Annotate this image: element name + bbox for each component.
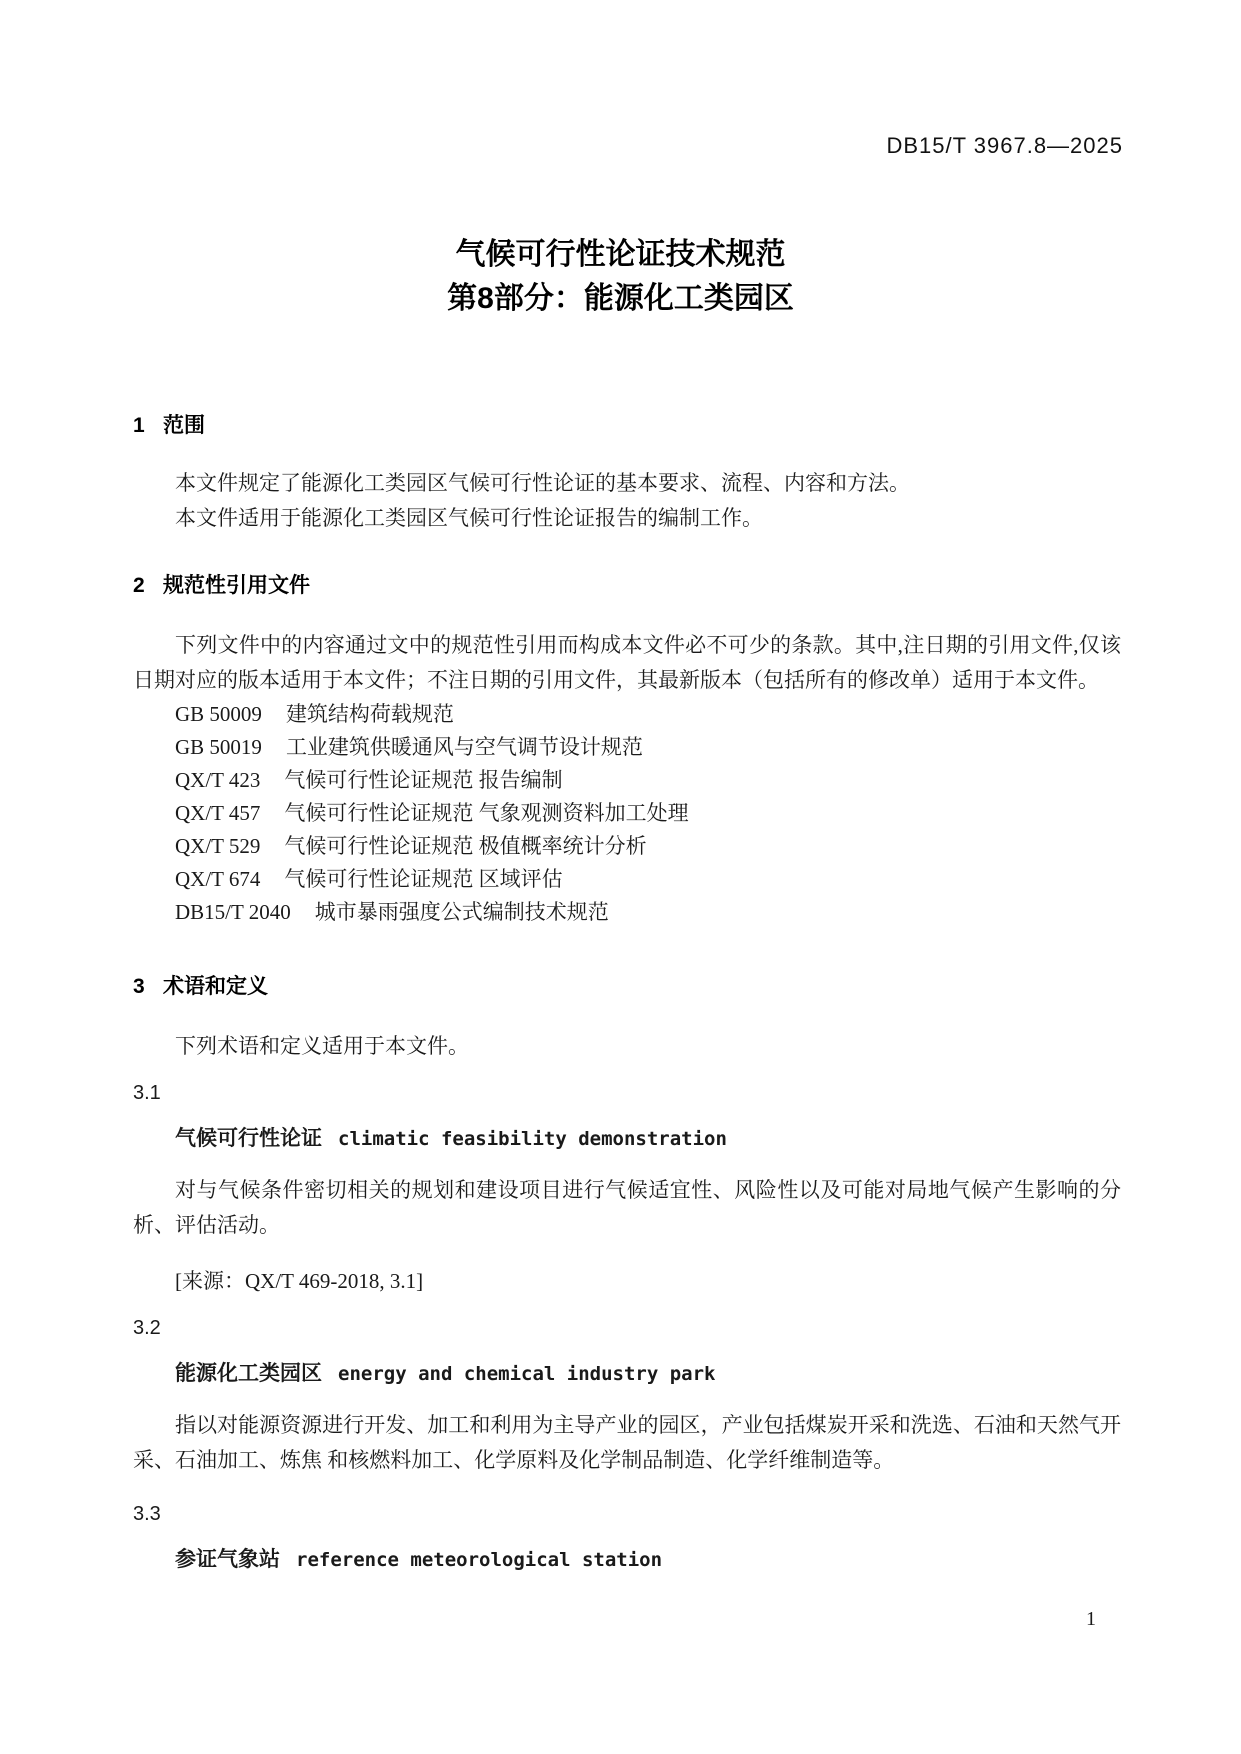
term-definition: 对与气候条件密切相关的规划和建设项目进行气候适宜性、风险性以及可能对局地气候产生…	[133, 1173, 1121, 1243]
reference-item: QX/T 457气候可行性论证规范 气象观测资料加工处理	[133, 797, 1121, 830]
term-entry-3-3: 3.3 参证气象站reference meteorological statio…	[133, 1499, 1121, 1578]
document-title: 气候可行性论证技术规范 第8部分：能源化工类园区	[0, 233, 1241, 321]
section-2-intro-paragraph: 下列文件中的内容通过文中的规范性引用而构成本文件必不可少的条款。其中,注日期的引…	[133, 628, 1121, 698]
term-chinese: 参证气象站	[175, 1548, 280, 1571]
term-english: climatic feasibility demonstration	[338, 1128, 727, 1150]
term-definition: 指以对能源资源进行开发、加工和利用为主导产业的园区，产业包括煤炭开采和洗选、石油…	[133, 1408, 1121, 1478]
term-chinese: 气候可行性论证	[175, 1127, 322, 1150]
section-3-title: 术语和定义	[163, 975, 268, 998]
section-1-title: 范围	[163, 414, 205, 437]
section-2-title: 规范性引用文件	[163, 574, 310, 597]
standard-doc-number: DB15/T 3967.8—2025	[886, 133, 1123, 159]
section-3-number: 3	[133, 969, 163, 1005]
reference-item: GB 50009建筑结构荷载规范	[133, 698, 1121, 731]
reference-title: 气候可行性论证规范 气象观测资料加工处理	[284, 801, 688, 825]
reference-code: QX/T 674	[175, 863, 260, 896]
term-number: 3.2	[133, 1313, 1121, 1343]
reference-code: QX/T 529	[175, 830, 260, 863]
section-3-heading: 3术语和定义	[133, 969, 1121, 1005]
section-2-number: 2	[133, 568, 163, 604]
term-chinese: 能源化工类园区	[175, 1362, 322, 1385]
reference-item: QX/T 423气候可行性论证规范 报告编制	[133, 764, 1121, 797]
section-1-paragraph-1: 本文件规定了能源化工类园区气候可行性论证的基本要求、流程、内容和方法。	[133, 466, 1121, 501]
reference-code: QX/T 423	[175, 764, 260, 797]
reference-code: GB 50009	[175, 698, 262, 731]
term-title-line: 能源化工类园区energy and chemical industry park	[133, 1355, 1121, 1392]
reference-item: QX/T 529气候可行性论证规范 极值概率统计分析	[133, 830, 1121, 863]
document-body: 1范围 本文件规定了能源化工类园区气候可行性论证的基本要求、流程、内容和方法。 …	[133, 408, 1121, 1578]
normative-references-list: GB 50009建筑结构荷载规范 GB 50019工业建筑供暖通风与空气调节设计…	[133, 698, 1121, 929]
term-title-line: 气候可行性论证climatic feasibility demonstratio…	[133, 1120, 1121, 1157]
term-number: 3.1	[133, 1078, 1121, 1108]
term-source: [来源：QX/T 469-2018, 3.1]	[133, 1264, 1121, 1299]
section-1-number: 1	[133, 408, 163, 444]
reference-item: GB 50019工业建筑供暖通风与空气调节设计规范	[133, 731, 1121, 764]
section-2-heading: 2规范性引用文件	[133, 568, 1121, 604]
term-title-line: 参证气象站reference meteorological station	[133, 1541, 1121, 1578]
term-english: energy and chemical industry park	[338, 1363, 716, 1385]
document-title-line1: 气候可行性论证技术规范	[0, 233, 1241, 277]
reference-title: 气候可行性论证规范 极值概率统计分析	[284, 834, 646, 858]
term-entry-3-2: 3.2 能源化工类园区energy and chemical industry …	[133, 1313, 1121, 1478]
reference-code: QX/T 457	[175, 797, 260, 830]
page-number: 1	[1086, 1608, 1096, 1631]
reference-code: GB 50019	[175, 731, 262, 764]
reference-title: 气候可行性论证规范 报告编制	[284, 768, 562, 792]
reference-title: 工业建筑供暖通风与空气调节设计规范	[286, 735, 643, 759]
term-english: reference meteorological station	[296, 1549, 662, 1571]
term-number: 3.3	[133, 1499, 1121, 1529]
section-1-paragraph-2: 本文件适用于能源化工类园区气候可行性论证报告的编制工作。	[133, 501, 1121, 536]
document-page: DB15/T 3967.8—2025 气候可行性论证技术规范 第8部分：能源化工…	[0, 0, 1241, 1754]
section-1-heading: 1范围	[133, 408, 1121, 444]
reference-title: 城市暴雨强度公式编制技术规范	[315, 900, 609, 924]
reference-title: 建筑结构荷载规范	[286, 702, 454, 726]
reference-item: DB15/T 2040城市暴雨强度公式编制技术规范	[133, 896, 1121, 929]
reference-item: QX/T 674气候可行性论证规范 区域评估	[133, 863, 1121, 896]
document-title-line2: 第8部分：能源化工类园区	[0, 277, 1241, 321]
reference-title: 气候可行性论证规范 区域评估	[284, 867, 562, 891]
term-entry-3-1: 3.1 气候可行性论证climatic feasibility demonstr…	[133, 1078, 1121, 1299]
section-3-intro-paragraph: 下列术语和定义适用于本文件。	[133, 1029, 1121, 1064]
reference-code: DB15/T 2040	[175, 896, 291, 929]
